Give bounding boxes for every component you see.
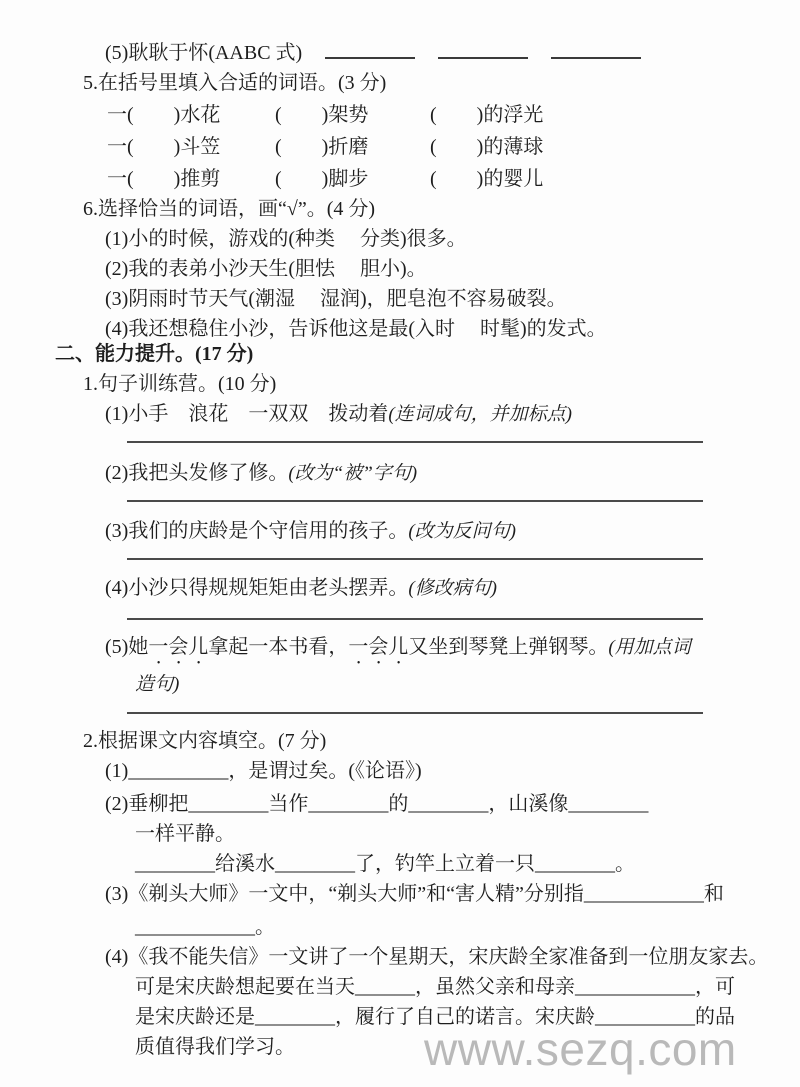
- q1-item-instruction: (连词成句，并加标点): [388, 404, 572, 425]
- q6-title: 6.选择恰当的词语，画“√”。(4 分): [83, 194, 800, 224]
- q1-item: (2)我把头发修了修。(改为“被”字句): [105, 458, 800, 489]
- q5-cell: 一( )推剪: [107, 164, 275, 194]
- q1-item-text: (3)我们的庆龄是个守信用的孩子。: [105, 520, 408, 542]
- q1-item-instruction: (改为反问句): [408, 521, 516, 542]
- q5-row: 一( )斗笠( )折磨( )的薄球: [107, 132, 800, 162]
- watermark: www.sezq.com: [424, 1026, 737, 1072]
- q5-cell: 一( )斗笠: [107, 132, 275, 162]
- blank-line: [325, 41, 415, 59]
- q5-cell: ( )架势: [275, 100, 430, 130]
- answer-line: [127, 558, 703, 560]
- q2-line: ________给溪水________了，钓竿上立着一只________。: [135, 849, 800, 879]
- q6-item: (1)小的时候，游戏的(种类 分类)很多。: [105, 224, 800, 254]
- q6-item: (2)我的表弟小沙天生(胆怯 胆小)。: [105, 254, 800, 284]
- answer-line: [127, 441, 703, 443]
- answer-line: [127, 618, 703, 620]
- q4-item5-text: (5)耿耿于怀(AABC 式): [105, 42, 302, 64]
- sentence-segment: (5)她: [105, 636, 148, 658]
- q5-cell: ( )的薄球: [430, 132, 800, 162]
- q1-item-text: (2)我把头发修了修。: [105, 462, 288, 484]
- q2-title: 2.根据课文内容填空。(7 分): [83, 726, 800, 756]
- q2-line: 可是宋庆龄想起要在当天______，虽然父亲和母亲____________，可: [135, 972, 800, 1002]
- q5-title: 5.在括号里填入合适的词语。(3 分): [83, 68, 800, 98]
- q5-cell: ( )折磨: [275, 132, 430, 162]
- q1-item-text: (1)小手 浪花 一双双 拨动着: [105, 403, 388, 425]
- q1-item-5: (5)她一会儿拿起一本书看，一会儿又坐到琴凳上弹钢琴。(用加点词造句): [105, 632, 703, 700]
- q1-item-instruction: (改为“被”字句): [288, 463, 417, 484]
- exam-page: (5)耿耿于怀(AABC 式) 5.在括号里填入合适的词语。(3 分) 一( )…: [0, 0, 800, 1087]
- q1-item-instruction: (修改病句): [408, 578, 497, 599]
- blank-line: [438, 41, 528, 59]
- q5-row: 一( )推剪( )脚步( )的婴儿: [107, 164, 800, 194]
- q5-cell: ( )的婴儿: [430, 164, 800, 194]
- q2-line: ____________。: [135, 912, 800, 942]
- answer-line: [127, 500, 703, 502]
- emphasized-word: 一会儿: [148, 636, 208, 658]
- q2-line: (4)《我不能失信》一文讲了一个星期天，宋庆龄全家准备到一位朋友家去。: [105, 942, 800, 972]
- q1-item-text: (4)小沙只得规规矩矩由老头摆弄。: [105, 577, 408, 599]
- q2-line: (1)__________，是谓过矣。(《论语》): [105, 756, 800, 786]
- q2-line: (3)《剃头大师》一文中，“剃头大师”和“害人精”分别指____________…: [105, 879, 800, 909]
- q5-cell: ( )的浮光: [430, 100, 800, 130]
- answer-line: [127, 712, 703, 714]
- sentence-segment: 又坐到琴凳上弹钢琴。: [408, 636, 608, 658]
- q6-item: (3)阴雨时节天气(潮湿 湿润)，肥皂泡不容易破裂。: [105, 284, 800, 314]
- sentence-segment: 拿起一本书看，: [208, 636, 348, 658]
- q5-cell: ( )脚步: [275, 164, 430, 194]
- q1-title: 1.句子训练营。(10 分): [83, 369, 800, 399]
- q1-item: (4)小沙只得规规矩矩由老头摆弄。(修改病句): [105, 573, 800, 604]
- q5-cell: 一( )水花: [107, 100, 275, 130]
- q2-line: (2)垂柳把________当作________的________，山溪像___…: [105, 789, 800, 819]
- emphasized-word: 一会儿: [348, 636, 408, 658]
- q5-row: 一( )水花( )架势( )的浮光: [107, 100, 800, 130]
- blank-line: [551, 41, 641, 59]
- q1-item: (1)小手 浪花 一双双 拨动着(连词成句，并加标点): [105, 399, 800, 430]
- q4-item5-row: (5)耿耿于怀(AABC 式): [105, 38, 800, 68]
- q1-item: (3)我们的庆龄是个守信用的孩子。(改为反问句): [105, 516, 800, 547]
- q2-line: 一样平静。: [135, 819, 800, 849]
